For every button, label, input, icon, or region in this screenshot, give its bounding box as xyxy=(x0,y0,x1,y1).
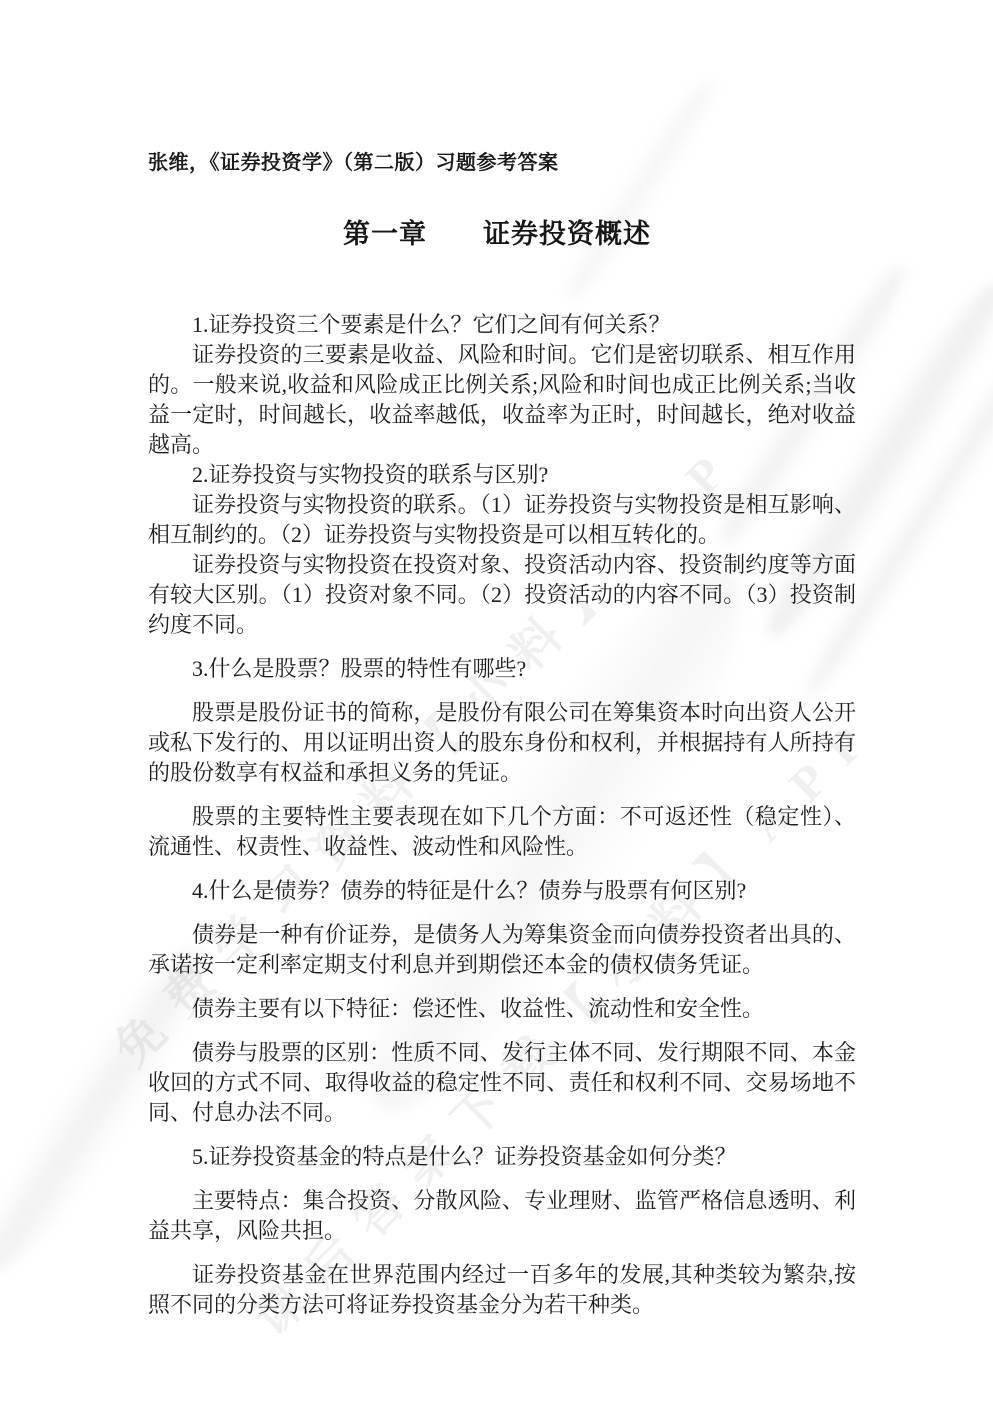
answer-4c-text: 债券与股票的区别：性质不同、发行主体不同、发行期限不同、本金收回的方式不同、取得… xyxy=(148,1038,856,1128)
document-page: 免费学习资料【小料】APP 课后答案下载【小料】APP 张维，《证券投资学》（第… xyxy=(0,0,993,1404)
question-1-text: 1.证券投资三个要素是什么？它们之间有何关系？ xyxy=(148,310,856,340)
document-header: 张维，《证券投资学》（第二版）习题参考答案 xyxy=(148,146,856,175)
answer-3b-text: 股票的主要特性主要表现在如下几个方面：不可返还性（稳定性）、流通性、权责性、收益… xyxy=(148,802,856,862)
answer-2b-text: 证券投资与实物投资在投资对象、投资活动内容、投资制约度等方面有较大区别。（1）投… xyxy=(148,550,856,640)
document-body: 1.证券投资三个要素是什么？它们之间有何关系？ 证券投资的三要素是收益、风险和时… xyxy=(148,310,856,1320)
question-2-text: 2.证券投资与实物投资的联系与区别? xyxy=(148,460,856,490)
answer-5b-text: 证券投资基金在世界范围内经过一百多年的发展,其种类较为繁杂,按照不同的分类方法可… xyxy=(148,1260,856,1320)
question-3-text: 3.什么是股票？股票的特性有哪些? xyxy=(148,654,856,684)
answer-1-text: 证券投资的三要素是收益、风险和时间。它们是密切联系、相互作用的。一般来说,收益和… xyxy=(148,340,856,460)
answer-3a-text: 股票是股份证书的简称，是股份有限公司在筹集资本时向出资人公开或私下发行的、用以证… xyxy=(148,698,856,788)
answer-4b-text: 债券主要有以下特征：偿还性、收益性、流动性和安全性。 xyxy=(148,994,856,1024)
answer-4a-text: 债券是一种有价证券，是债务人为筹集资金而向债券投资者出具的、承诺按一定利率定期支… xyxy=(148,920,856,980)
question-4-text: 4.什么是债券？债券的特征是什么？债券与股票有何区别? xyxy=(148,876,856,906)
answer-2a-text: 证券投资与实物投资的联系。（1）证券投资与实物投资是相互影响、相互制约的。（2）… xyxy=(148,490,856,550)
question-5-text: 5.证券投资基金的特点是什么？证券投资基金如何分类？ xyxy=(148,1142,856,1172)
chapter-title: 第一章 证券投资概述 xyxy=(143,212,851,251)
scan-smudge-streak xyxy=(552,70,727,310)
answer-5a-text: 主要特点：集合投资、分散风险、专业理财、监管严格信息透明、利益共享，风险共担。 xyxy=(148,1186,856,1246)
